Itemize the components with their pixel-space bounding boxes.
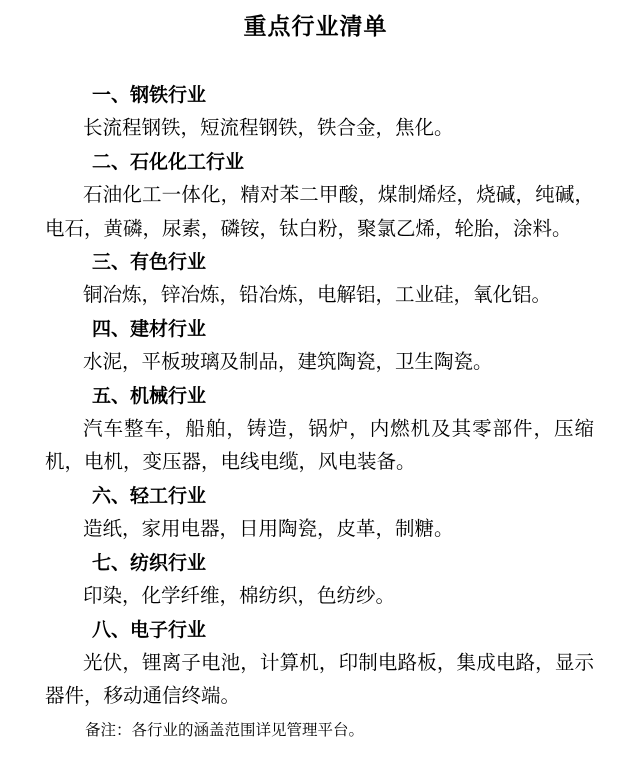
footnote: 备注：各行业的涵盖范围详见管理平台。	[45, 714, 594, 747]
section-body: 长流程钢铁，短流程钢铁，铁合金，焦化。	[45, 112, 594, 145]
section-body: 石油化工一体化，精对苯二甲酸，煤制烯烃，烧碱，纯碱，电石，黄磷，尿素，磷铵，钛白…	[45, 179, 594, 246]
section-heading: 四、建材行业	[45, 313, 594, 346]
section-heading: 三、有色行业	[45, 246, 594, 279]
section-body: 水泥，平板玻璃及制品，建筑陶瓷，卫生陶瓷。	[45, 346, 594, 379]
section-heading: 七、纺织行业	[45, 547, 594, 580]
section-body: 光伏，锂离子电池，计算机，印制电路板，集成电路，显示器件，移动通信终端。	[45, 647, 594, 714]
industry-list: 一、钢铁行业长流程钢铁，短流程钢铁，铁合金，焦化。二、石化化工行业石油化工一体化…	[45, 79, 594, 747]
section-heading: 五、机械行业	[45, 380, 594, 413]
section-body: 造纸，家用电器，日用陶瓷，皮革，制糖。	[45, 513, 594, 546]
section-heading: 八、电子行业	[45, 614, 594, 647]
section-body: 印染，化学纤维，棉纺织，色纺纱。	[45, 580, 594, 613]
section-heading: 二、石化化工行业	[45, 146, 594, 179]
page-title: 重点行业清单	[0, 10, 631, 43]
section-heading: 六、轻工行业	[45, 480, 594, 513]
document-page: 重点行业清单 一、钢铁行业长流程钢铁，短流程钢铁，铁合金，焦化。二、石化化工行业…	[0, 0, 631, 766]
section-body: 铜冶炼，锌冶炼，铅冶炼，电解铝，工业硅，氧化铝。	[45, 279, 594, 312]
section-heading: 一、钢铁行业	[45, 79, 594, 112]
section-body: 汽车整车，船舶，铸造，锅炉，内燃机及其零部件，压缩机，电机，变压器，电线电缆，风…	[45, 413, 594, 480]
